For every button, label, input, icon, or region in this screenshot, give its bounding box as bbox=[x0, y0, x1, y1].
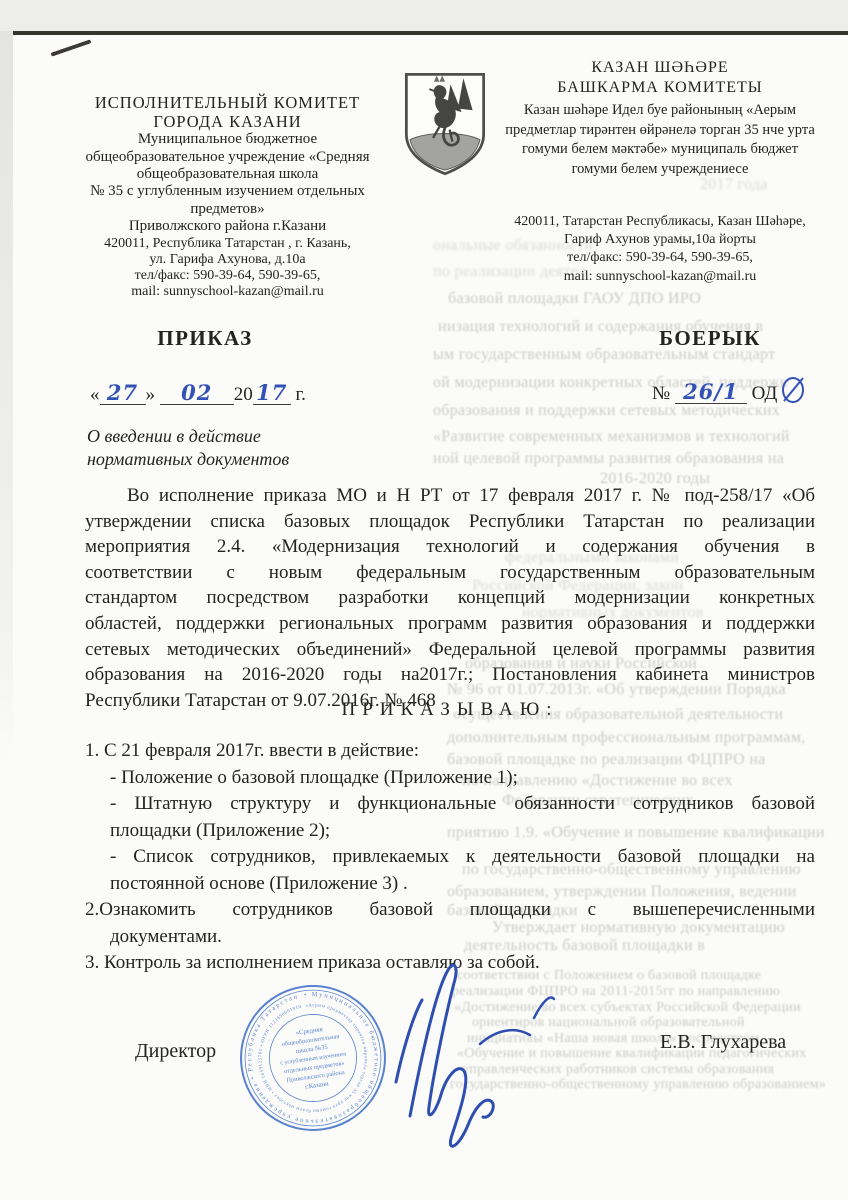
body-line: областей, поддержки региональных програм… bbox=[85, 611, 815, 637]
org-name-line: ИСПОЛНИТЕЛЬНЫЙ КОМИТЕТ bbox=[55, 93, 400, 112]
official-stamp: • Муниципальное бюджетное общеобразовате… bbox=[227, 972, 399, 1144]
order-subitem-wrap: постоянной основе (Приложение 3) . bbox=[85, 871, 815, 898]
org-name-line: КАЗАН ШӘҺӘРЕ bbox=[480, 58, 840, 78]
order-subitem: - Положение о базовой площадке (Приложен… bbox=[85, 765, 815, 792]
order-item-1: 1. С 21 февраля 2017г. ввести в действие… bbox=[85, 738, 815, 765]
order-item-2-wrap: документами. bbox=[85, 924, 815, 951]
org-line: Приволжского района г.Казани bbox=[55, 218, 400, 235]
org-line: гомуми белем мәктәбе» муниципаль бюджет bbox=[478, 140, 842, 160]
handwritten-signature bbox=[382, 956, 567, 1171]
pen-scribble-icon bbox=[780, 375, 806, 405]
address-line: ул. Гарифа Ахунова, д.10а bbox=[55, 252, 400, 268]
year-suffix: г. bbox=[296, 384, 306, 405]
order-subitem: - Список сотрудников, привлекаемых к дея… bbox=[85, 844, 815, 871]
email-line: mail: sunnyschool-kazan@mail.ru bbox=[480, 268, 840, 286]
date-day-blank: 27 bbox=[100, 382, 146, 405]
body-line: Во исполнение приказа МО и Н РТ от 17 фе… bbox=[85, 483, 815, 509]
handwritten-month: 02 bbox=[181, 380, 212, 405]
body-line: образования на 2016-2020 годы на2017г.; … bbox=[85, 662, 815, 688]
order-subitem-wrap: площадки (Приложение 2); bbox=[85, 818, 815, 845]
org-line: Казан шәһәре Идел буе районының «Аерым bbox=[478, 101, 842, 121]
body-line: стандартом посредством разработки концеп… bbox=[85, 585, 815, 611]
quote-close: » bbox=[146, 384, 156, 405]
org-line: предметлар тирәнтен өйрәнелә торган 35 н… bbox=[478, 121, 842, 141]
order-date: «27» 022017 г. bbox=[90, 382, 306, 406]
quote-open: « bbox=[90, 384, 100, 405]
org-line: предметов» bbox=[55, 201, 400, 218]
order-subitem: - Штатную структуру и функциональные обя… bbox=[85, 791, 815, 818]
body-line: утверждении списка базовых площадок Респ… bbox=[85, 509, 815, 535]
email-line: mail: sunnyschool-kazan@mail.ru bbox=[55, 284, 400, 300]
body-line: соответствии с новым федеральным государ… bbox=[85, 560, 815, 586]
address-line: Гариф Ахунов урамы,10а йорты bbox=[480, 231, 840, 249]
body-line: сетевых методических объединений» Федера… bbox=[85, 637, 815, 663]
signer-name: Е.В. Глухарева bbox=[660, 1031, 786, 1054]
date-year-blank: 17 bbox=[253, 382, 291, 405]
order-title-russian: ПРИКАЗ bbox=[55, 326, 355, 351]
org-line: общеобразовательное учреждение «Средняя bbox=[55, 149, 400, 166]
stamp-center-line: г.Казани bbox=[305, 1080, 330, 1090]
body-line: мероприятия 2.4. «Модернизация технологи… bbox=[85, 534, 815, 560]
order-subject: О введении в действие нормативных докуме… bbox=[87, 425, 289, 470]
subject-line: нормативных документов bbox=[87, 448, 289, 471]
org-line: Муниципальное бюджетное bbox=[55, 131, 400, 148]
command-word: ПРИКАЗЫВАЮ: bbox=[85, 699, 815, 721]
scan-edge-left bbox=[0, 31, 13, 771]
number-blank: 26/1 bbox=[675, 381, 747, 404]
phone-line: тел/факс: 590-39-64, 590-39-65, bbox=[55, 268, 400, 284]
date-month-blank: 02 bbox=[160, 382, 234, 405]
subject-line: О введении в действие bbox=[87, 425, 289, 448]
org-line: гомуми белем учреждениесе bbox=[478, 160, 842, 180]
order-items: 1. С 21 февраля 2017г. ввести в действие… bbox=[85, 738, 815, 977]
number-sign: № bbox=[652, 383, 670, 404]
org-name-line: БАШКАРМА КОМИТЕТЫ bbox=[480, 78, 840, 98]
handwritten-year: 17 bbox=[256, 380, 287, 405]
letterhead-tatar-title: КАЗАН ШӘҺӘРЕ БАШКАРМА КОМИТЕТЫ bbox=[480, 58, 840, 98]
org-line: общеобразовательная школа bbox=[55, 166, 400, 183]
handwritten-day: 27 bbox=[107, 380, 138, 405]
letterhead-tatar-body: Казан шәһәре Идел буе районының «Аерым п… bbox=[478, 101, 842, 180]
scanned-order-document: 2017 года ональные обязанности по реализ… bbox=[0, 0, 848, 1200]
coat-of-arms-icon bbox=[399, 66, 491, 184]
order-number: № 26/1 ОД bbox=[652, 381, 777, 405]
scan-edge-top bbox=[0, 0, 848, 35]
org-line: № 35 с углубленным изучением отдельных bbox=[55, 183, 400, 200]
letterhead-russian: ИСПОЛНИТЕЛЬНЫЙ КОМИТЕТ ГОРОДА КАЗАНИ Мун… bbox=[55, 93, 400, 301]
phone-line: тел/факс: 590-39-64, 590-39-65, bbox=[480, 249, 840, 267]
order-item-2: 2.Ознакомить сотрудников базовой площадк… bbox=[85, 897, 815, 924]
number-suffix: ОД bbox=[752, 383, 778, 404]
century: 20 bbox=[234, 384, 253, 405]
signer-role: Директор bbox=[135, 1040, 216, 1063]
letterhead-tatar-address: 420011, Татарстан Республикасы, Казан Шә… bbox=[480, 213, 840, 286]
address-line: 420011, Республика Татарстан , г. Казань… bbox=[55, 236, 400, 252]
org-name-line: ГОРОДА КАЗАНИ bbox=[55, 112, 400, 131]
order-title-tatar: БОЕРЫК bbox=[580, 326, 840, 351]
address-line: 420011, Татарстан Республикасы, Казан Шә… bbox=[480, 213, 840, 231]
order-preamble: Во исполнение приказа МО и Н РТ от 17 фе… bbox=[85, 483, 815, 713]
handwritten-number: 26/1 bbox=[683, 379, 739, 404]
